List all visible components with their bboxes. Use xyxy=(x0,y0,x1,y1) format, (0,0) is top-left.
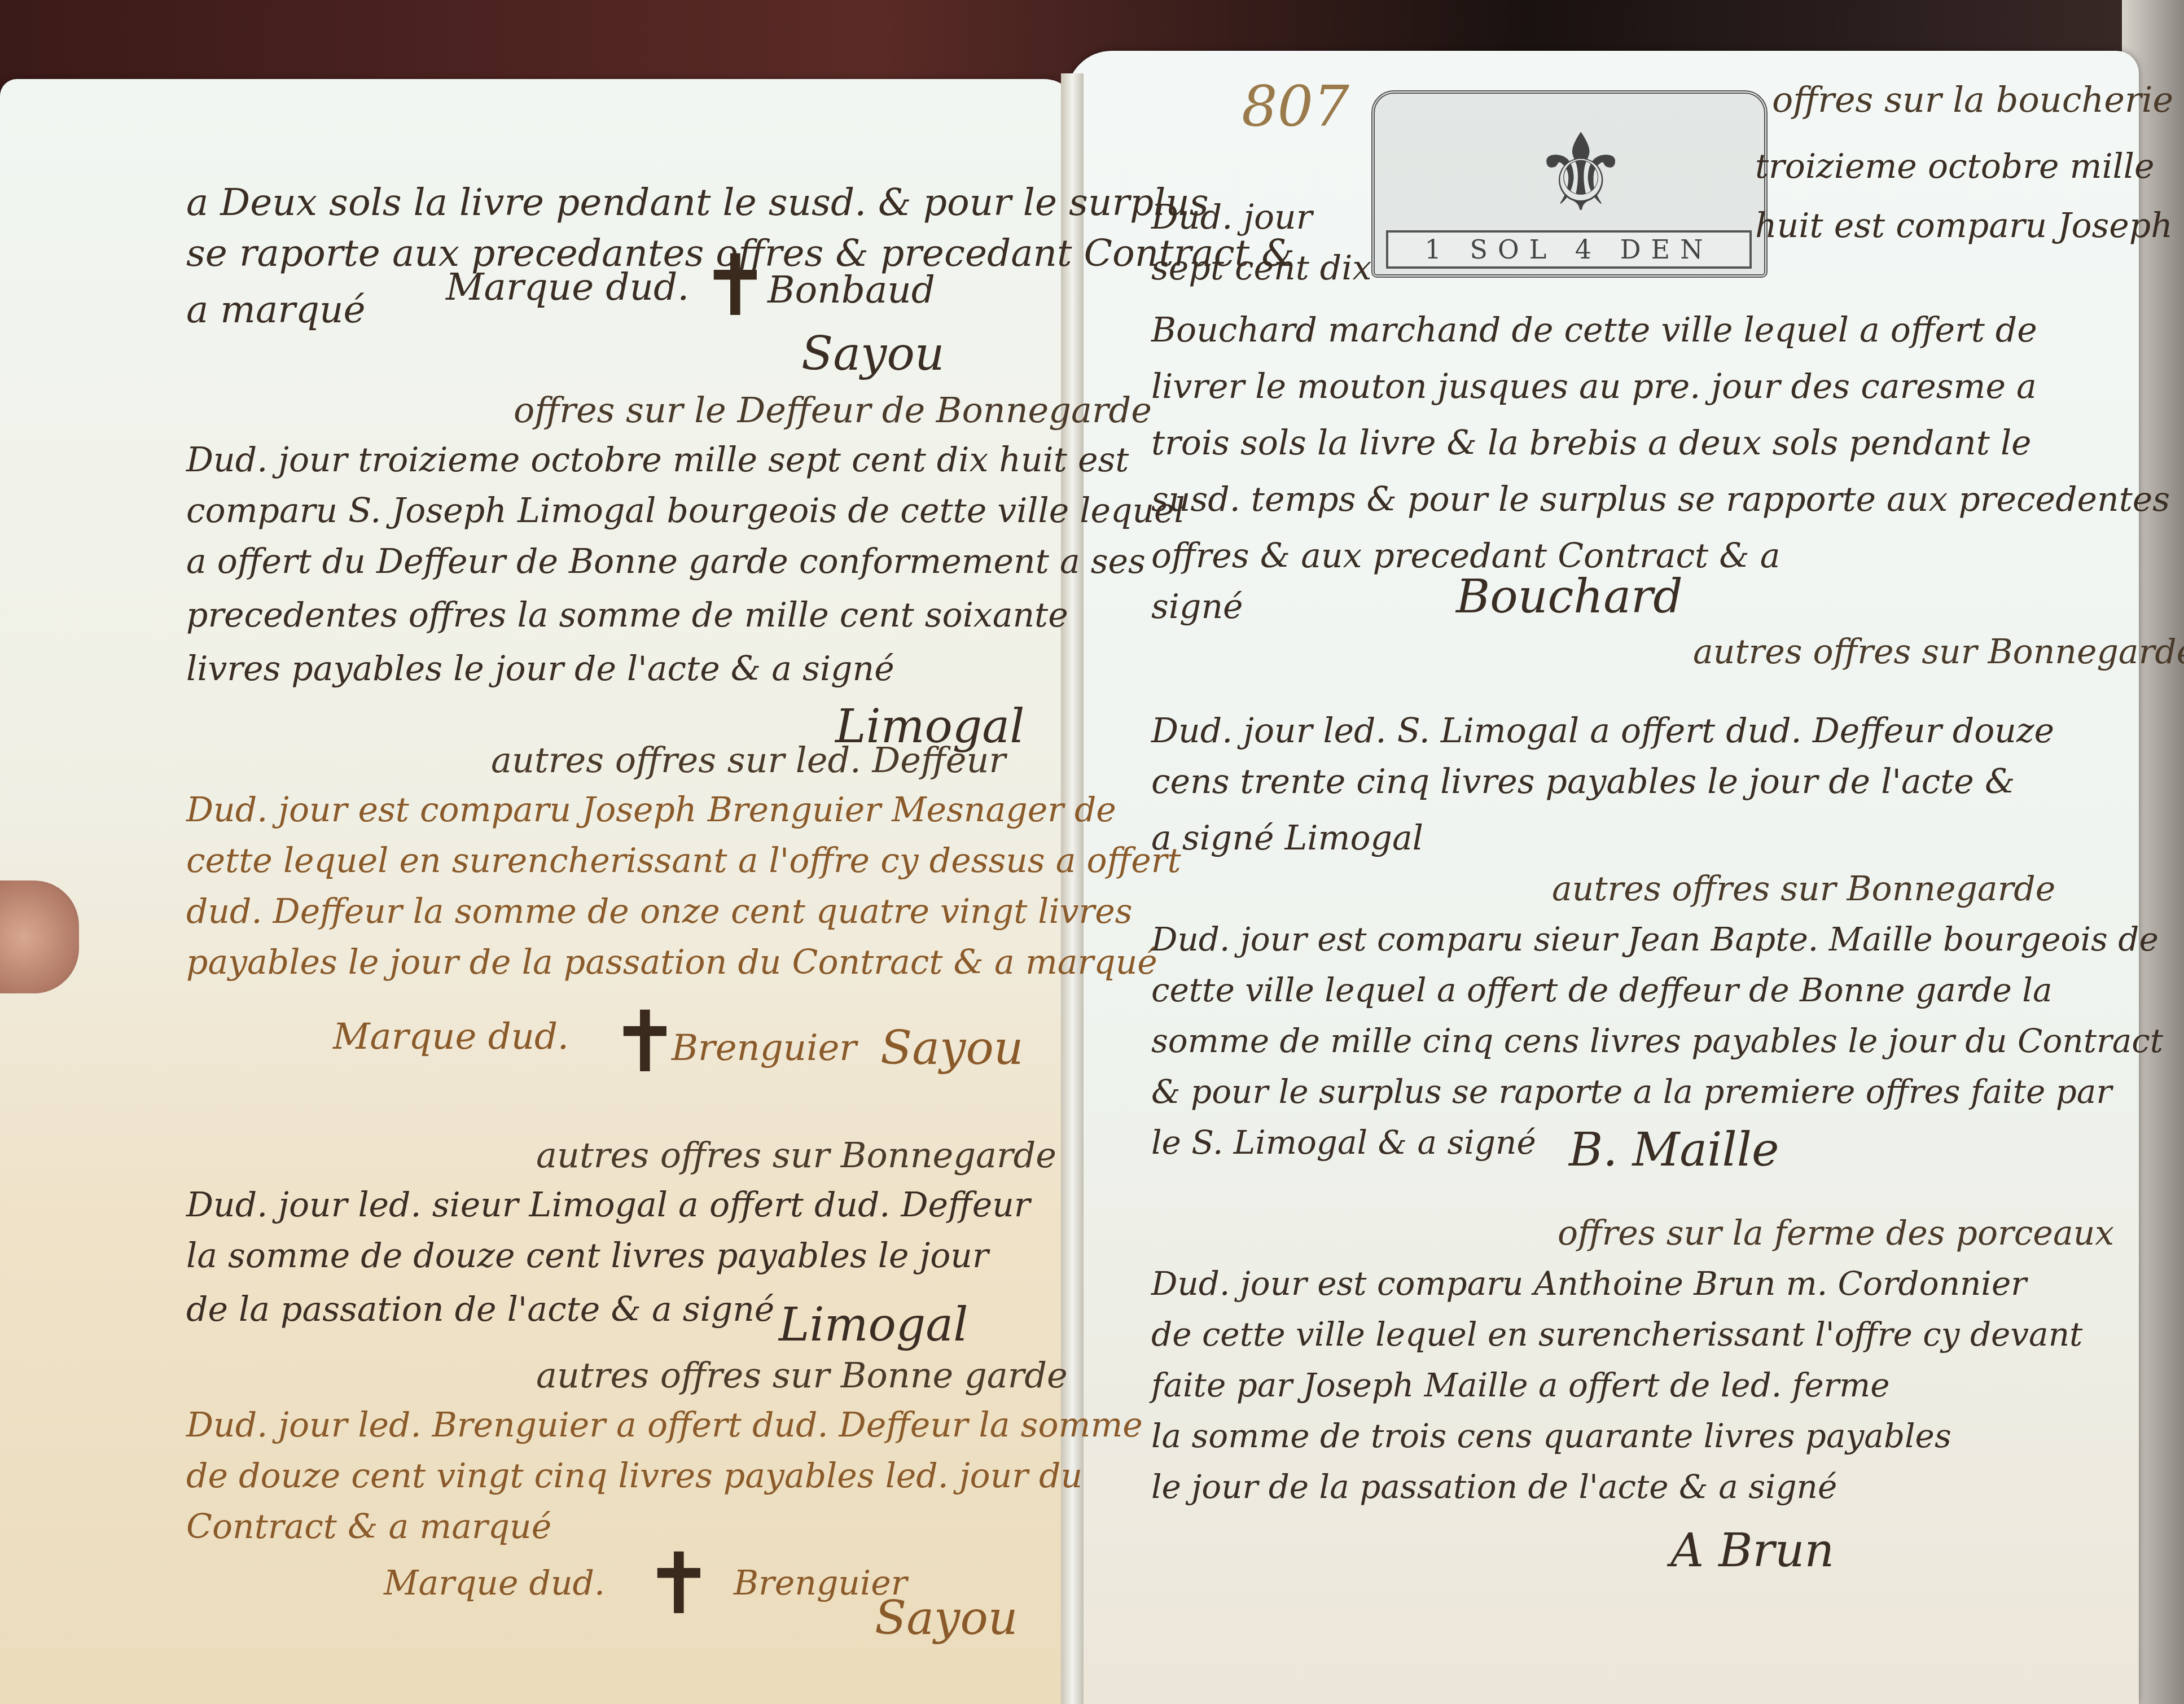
entry-heading: offres sur la boucherie xyxy=(1772,79,2173,120)
stamp-band-text: 1 SOL 4 DEN xyxy=(1386,230,1752,269)
entry-heading: autres offres sur Bonnegarde xyxy=(1552,869,2055,909)
cross-mark-icon: ✝ xyxy=(700,237,771,335)
left-line: a Deux sols la livre pendant le susd. & … xyxy=(186,181,1209,224)
left-line: livres payables le jour de l'acte & a si… xyxy=(186,649,894,689)
signature: Sayou xyxy=(801,327,945,381)
signature: Sayou xyxy=(875,1592,1018,1645)
entry-heading: autres offres sur Bonnegarde xyxy=(536,1134,1056,1176)
right-line: somme de mille cinq cens livres payables… xyxy=(1151,1022,2163,1060)
left-line: Brenguier xyxy=(672,1027,857,1069)
left-line: a offert du Deffeur de Bonne garde confo… xyxy=(186,542,1146,581)
right-line: faite par Joseph Maille a offert de led.… xyxy=(1151,1366,1890,1404)
right-line: huit est comparu Joseph xyxy=(1755,206,2173,246)
right-line: troizieme octobre mille xyxy=(1755,147,2155,186)
left-line: Dud. jour led. sieur Limogal a offert du… xyxy=(186,1185,1030,1225)
left-line: de la passation de l'acte & a signé xyxy=(186,1290,774,1329)
left-line: Dud. jour troizieme octobre mille sept c… xyxy=(186,440,1129,480)
right-line: trois sols la livre & la brebis a deux s… xyxy=(1151,423,2032,463)
folio-number: 807 xyxy=(1242,73,1349,139)
tax-stamp: ⚜ 1 SOL 4 DEN xyxy=(1371,90,1768,278)
right-line: a signé Limogal xyxy=(1151,818,1423,858)
left-line: Bonbaud xyxy=(768,268,935,312)
signature: B. Maille xyxy=(1569,1123,1779,1177)
left-line: comparu S. Joseph Limogal bourgeois de c… xyxy=(186,491,1185,531)
right-line: cette ville lequel a offert de deffeur d… xyxy=(1151,971,2052,1009)
left-line: Dud. jour led. Brenguier a offert dud. D… xyxy=(186,1405,1143,1445)
entry-heading: offres sur la ferme des porceaux xyxy=(1558,1214,2114,1253)
right-line: le S. Limogal & a signé xyxy=(1151,1123,1536,1162)
right-line: Bouchard marchand de cette ville lequel … xyxy=(1151,310,2037,350)
left-line: a marqué xyxy=(186,288,366,331)
cross-mark-icon: ✝ xyxy=(643,1535,714,1633)
left-line: la somme de douze cent livres payables l… xyxy=(186,1236,989,1276)
left-line: Marque dud. xyxy=(333,1016,569,1058)
left-line: Contract & a marqué xyxy=(186,1507,551,1547)
right-line: susd. temps & pour le surplus se rapport… xyxy=(1151,480,2170,519)
right-line: sept cent dix xyxy=(1151,248,1371,288)
right-line: cens trente cinq livres payables le jour… xyxy=(1151,762,2015,801)
fleur-de-lis-icon: ⚜ xyxy=(1533,111,1629,235)
right-line: livrer le mouton jusques au pre. jour de… xyxy=(1151,367,2037,406)
right-line: le jour de la passation de l'acte & a si… xyxy=(1151,1468,1837,1506)
right-line: Dud. jour est comparu Anthoine Brun m. C… xyxy=(1151,1264,2027,1303)
signature: A Brun xyxy=(1670,1524,1834,1578)
signature: Sayou xyxy=(880,1022,1024,1075)
cross-mark-icon: ✝ xyxy=(609,993,681,1092)
right-line: de cette ville lequel en surencherissant… xyxy=(1151,1315,2082,1353)
left-line: de douze cent vingt cinq livres payables… xyxy=(186,1456,1082,1496)
right-line: Dud. jour xyxy=(1151,198,1312,237)
left-line: payables le jour de la passation du Cont… xyxy=(186,943,1157,982)
signature: Limogal xyxy=(779,1298,968,1352)
right-line: & pour le surplus se raporte a la premie… xyxy=(1151,1072,2112,1111)
left-line: Marque dud. xyxy=(446,265,689,309)
left-line: cette lequel en surencherissant a l'offr… xyxy=(186,841,1181,881)
entry-heading: autres offres sur Bonne garde xyxy=(536,1355,1068,1396)
left-line: precedentes offres la somme de mille cen… xyxy=(186,595,1068,635)
entry-heading: autres offres sur led. Deffeur xyxy=(491,739,1006,781)
entry-heading: autres offres sur Bonnegarde xyxy=(1693,632,2184,672)
right-line: Dud. jour est comparu sieur Jean Bapte. … xyxy=(1151,920,2159,958)
left-line: dud. Deffeur la somme de onze cent quatr… xyxy=(186,892,1133,931)
entry-heading: offres sur le Deffeur de Bonnegarde xyxy=(514,389,1152,431)
left-line: Marque dud. xyxy=(384,1563,605,1603)
left-line: Dud. jour est comparu Joseph Brenguier M… xyxy=(186,790,1116,830)
thumb xyxy=(0,881,79,993)
right-line: la somme de trois cens quarante livres p… xyxy=(1151,1417,1951,1455)
right-line: Dud. jour led. S. Limogal a offert dud. … xyxy=(1151,711,2054,751)
signature: Bouchard xyxy=(1456,570,1683,624)
right-line: signé xyxy=(1151,587,1243,627)
